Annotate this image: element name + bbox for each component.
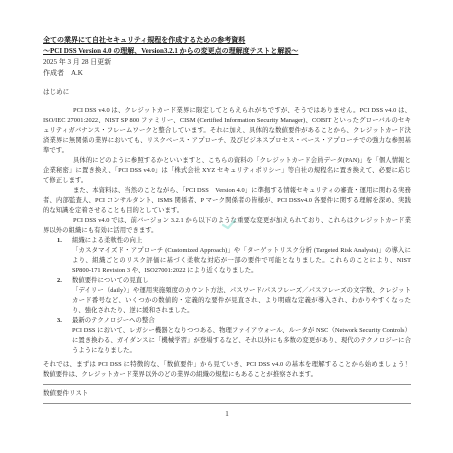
page-number: 1	[43, 409, 411, 419]
author-line: 作成者 A.K	[43, 68, 411, 79]
paragraph-2: 具体的にどのように参照するかといいますと、こちらの資料の「クレジットカード会員デ…	[43, 156, 411, 186]
changes-list: 1. 組織による柔軟性の向上 「カスタマイズド・アプローチ (Customize…	[43, 236, 411, 356]
list-item-2-number: 2.	[57, 276, 62, 286]
list-item-3-number: 3.	[57, 316, 62, 326]
numeric-requirements-list-heading: 数値要件リスト	[43, 385, 411, 403]
list-item-1-body: 「カスタマイズド・アプローチ (Customized Approach)」や「タ…	[72, 246, 411, 276]
list-item-2-title: 数値要件についての見直し	[72, 276, 411, 286]
list-item-1: 1. 組織による柔軟性の向上 「カスタマイズド・アプローチ (Customize…	[43, 236, 411, 276]
paragraph-4: PCI DSS v4.0 では、前バージョン 3.2.1 から以下のような重要な…	[43, 216, 411, 236]
list-item-1-number: 1.	[57, 236, 62, 246]
document-page: 全ての業界にて自社セキュリティ規程を作成するための参考資料 ～PCI DSS V…	[0, 0, 453, 453]
list-item-2: 2. 数値要件についての見直し 「デイリー（daily）」や運用実施頻度のカウン…	[43, 276, 411, 316]
table-bottom-rule	[43, 403, 411, 404]
list-item-2-body: 「デイリー（daily）」や運用実施頻度のカウント方法、パスワード/パスフレーズ…	[72, 286, 411, 316]
list-item-3-title: 最新のテクノロジーへの整合	[72, 316, 411, 326]
closing-paragraph: それでは、まずは PCI DSS に特徴的な、「数値要件」から見ていき、PCI …	[43, 360, 411, 380]
list-item-3: 3. 最新のテクノロジーへの整合 PCI DSS において、レガシー機器となりつ…	[43, 316, 411, 356]
paragraph-3: また、本資料は、当然のことながら、「PCI DSS Version 4.0」に準…	[43, 186, 411, 216]
list-item-1-title: 組織による柔軟性の向上	[72, 236, 411, 246]
update-date: 2025 年 3 月 28 日更新	[43, 57, 411, 68]
document-subtitle: ～PCI DSS Version 4.0 の理解、Version3.2.1 から…	[43, 46, 411, 57]
list-item-3-body: PCI DSS において、レガシー機器となりつつある、物理ファイアウォール、ルー…	[72, 326, 411, 356]
document-body: PCI DSS v4.0 は、クレジットカード業界に限定してとらえられがちですが…	[43, 106, 411, 380]
document-title: 全ての業界にて自社セキュリティ規程を作成するための参考資料	[43, 35, 411, 46]
paragraph-1: PCI DSS v4.0 は、クレジットカード業界に限定してとらえられがちですが…	[43, 106, 411, 156]
intro-heading: はじめに	[43, 87, 411, 98]
